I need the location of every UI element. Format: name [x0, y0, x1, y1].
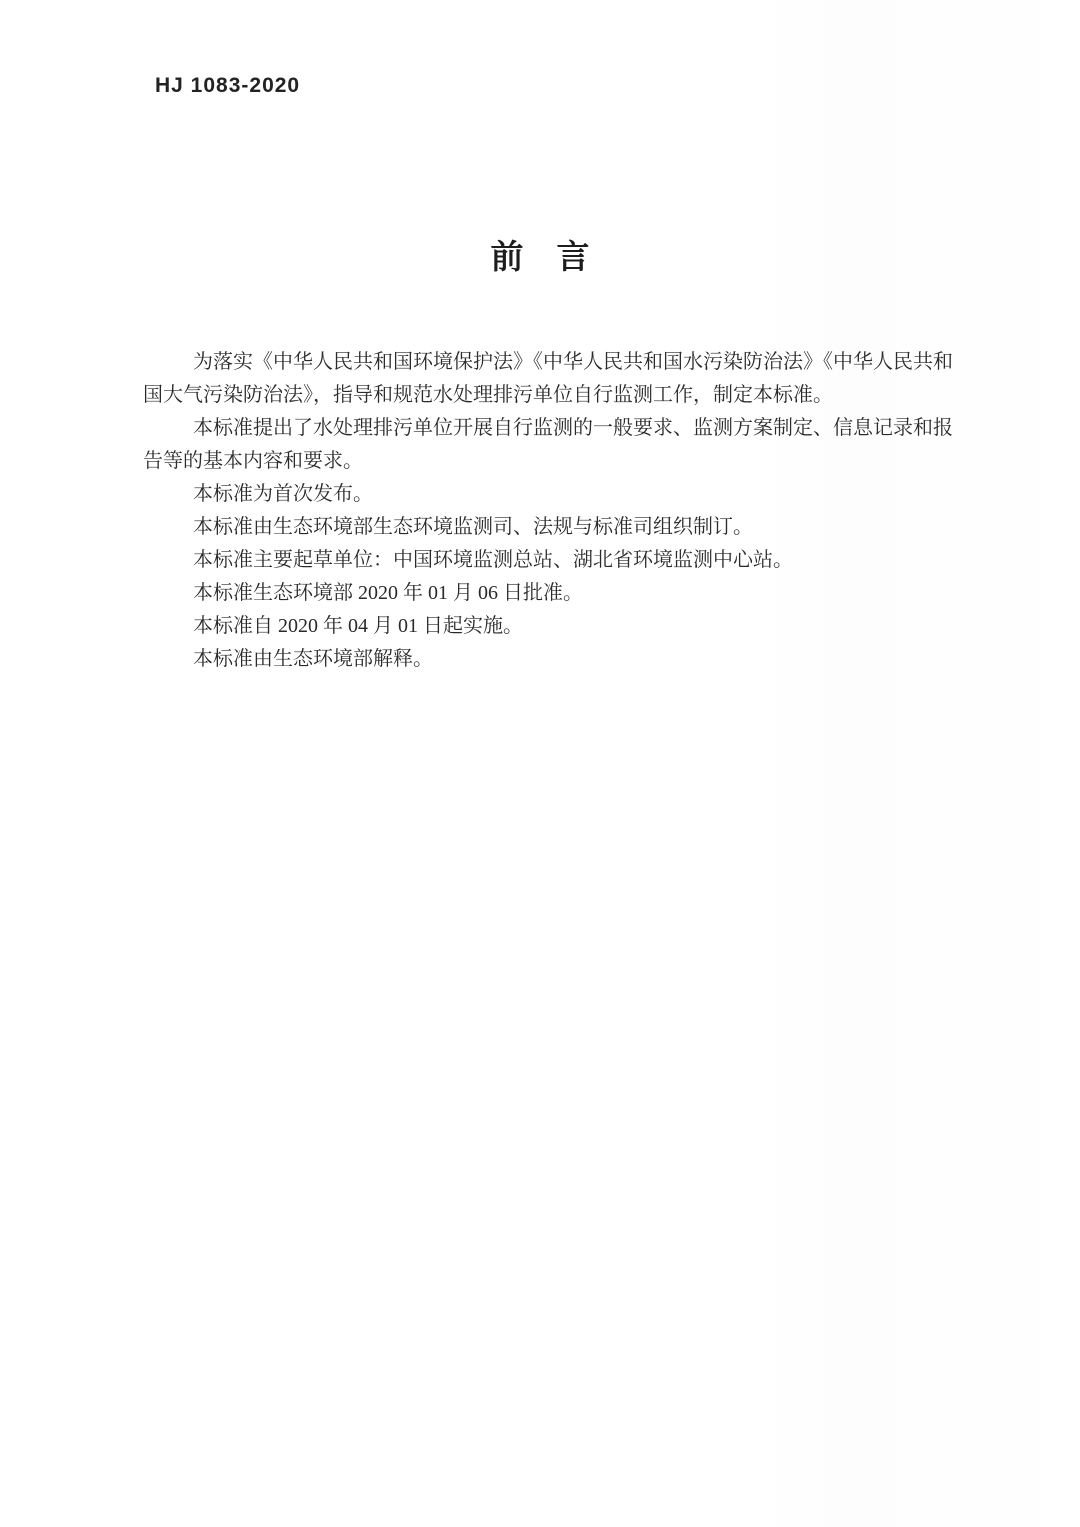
paragraph-line: 本标准由生态环境部生态环境监测司、法规与标准司组织制订。 — [143, 511, 940, 544]
paragraph-line: 为落实《中华人民共和国环境保护法》《中华人民共和国水污染防治法》《中华人民共和 — [143, 346, 940, 379]
paragraph: 为落实《中华人民共和国环境保护法》《中华人民共和国水污染防治法》《中华人民共和 … — [143, 346, 940, 412]
document-header: HJ 1083-2020 — [155, 74, 300, 98]
paragraph: 本标准提出了水处理排污单位开展自行监测的一般要求、监测方案制定、信息记录和报 告… — [143, 412, 940, 478]
paragraph-line: 本标准由生态环境部解释。 — [143, 643, 940, 676]
paragraph-line: 本标准为首次发布。 — [143, 478, 940, 511]
page-title: 前 言 — [0, 238, 1080, 276]
document-page: HJ 1083-2020 前 言 为落实《中华人民共和国环境保护法》《中华人民共… — [0, 0, 1080, 1527]
paragraph-line: 本标准主要起草单位：中国环境监测总站、湖北省环境监测中心站。 — [143, 544, 940, 577]
paragraph: 本标准主要起草单位：中国环境监测总站、湖北省环境监测中心站。 — [143, 544, 940, 577]
paragraph-line: 本标准生态环境部 2020 年 01 月 06 日批准。 — [143, 577, 940, 610]
paragraph: 本标准由生态环境部生态环境监测司、法规与标准司组织制订。 — [143, 511, 940, 544]
paragraph-line: 国大气污染防治法》，指导和规范水处理排污单位自行监测工作，制定本标准。 — [143, 379, 940, 412]
paragraph: 本标准自 2020 年 04 月 01 日起实施。 — [143, 610, 940, 643]
paragraph: 本标准生态环境部 2020 年 01 月 06 日批准。 — [143, 577, 940, 610]
paragraph: 本标准由生态环境部解释。 — [143, 643, 940, 676]
paragraph-line: 告等的基本内容和要求。 — [143, 445, 940, 478]
paragraph-line: 本标准提出了水处理排污单位开展自行监测的一般要求、监测方案制定、信息记录和报 — [143, 412, 940, 445]
paragraph-line: 本标准自 2020 年 04 月 01 日起实施。 — [143, 610, 940, 643]
paragraph: 本标准为首次发布。 — [143, 478, 940, 511]
foreword-body: 为落实《中华人民共和国环境保护法》《中华人民共和国水污染防治法》《中华人民共和 … — [143, 346, 940, 676]
standard-number: HJ 1083-2020 — [155, 74, 300, 97]
